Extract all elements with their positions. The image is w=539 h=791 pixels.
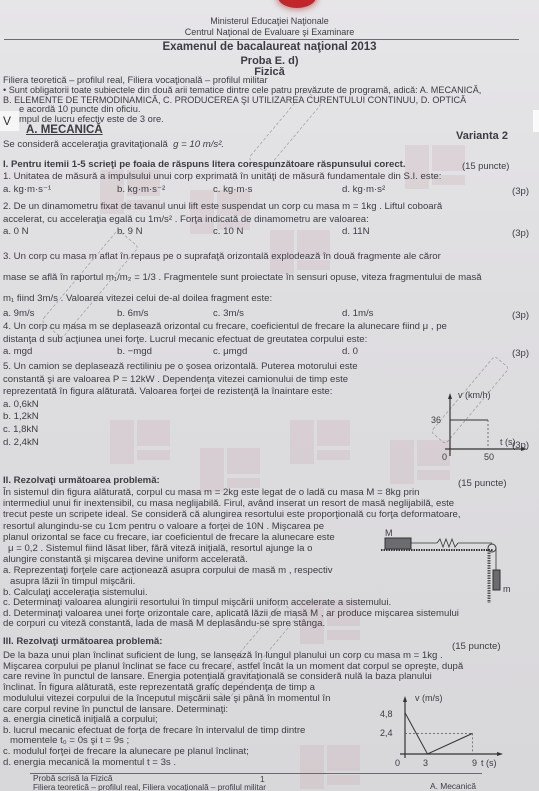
answer-option: b. −mgd [117, 346, 152, 357]
q5-x-label: t (s) [500, 437, 516, 447]
question-stem: 2. De un dinamometru fixat de tavanul un… [3, 201, 442, 212]
problem-task-line: b. lucrul mecanic efectuat de forţa de f… [3, 725, 305, 736]
problem-task-line: b. Calculaţi acceleraţia sistemului. [3, 587, 148, 598]
part2-points: (15 puncte) [458, 478, 507, 489]
question-stem: accelerat, cu acceleraţia egală cu 1m/s²… [3, 214, 369, 225]
right-edge-tab [533, 110, 539, 132]
answer-option: a. 0,6kN [3, 399, 39, 410]
gravity-note: Se consideră acceleraţia gravitaţională … [3, 139, 224, 150]
red-stamp-artifact [278, 0, 316, 8]
problem-text-line: În sistemul din figura alăturată, corpul… [3, 487, 419, 498]
footer-left-2: Filiera teoretică – profilul real, Filie… [33, 783, 266, 791]
problem-text-line: care revine în punctul de lansare. Energ… [3, 671, 432, 682]
exam-page: Ministerul Educaţiei Naţionale Centrul N… [0, 0, 539, 791]
answer-option: a. mgd [3, 346, 32, 357]
watermark-logo [300, 745, 360, 789]
label-m: m [503, 584, 511, 594]
item-score: (3p) [512, 348, 529, 359]
question-stem: 1. Unitatea de măsură a impulsului unui … [3, 171, 441, 182]
q3-x-label: t (s) [481, 758, 497, 768]
question-stem: 5. Un camion se deplasează rectiliniu pe… [3, 361, 358, 372]
velocity-graph-q5: v (km/h) 36 t (s) 0 50 [430, 390, 530, 465]
q3-origin: 0 [395, 758, 400, 768]
side-tab[interactable]: V [0, 111, 19, 131]
answer-option: b. 6m/s [117, 308, 148, 319]
q3-x-tick-2: 9 [472, 758, 477, 768]
answer-option: d. kg·m·s² [342, 184, 385, 195]
footer-page-number: 1 [260, 775, 265, 784]
part3-points: (15 puncte) [452, 641, 501, 652]
question-stem: constantă şi are valoarea P = 12kW . Dep… [3, 374, 348, 385]
answer-option: d. 1m/s [342, 308, 373, 319]
problem-text-line: alungire constantă şi mişcarea devine un… [3, 554, 248, 565]
problem-task-line: d. energia mecanică la momentul t = 3s . [3, 757, 176, 768]
problem-text-line: înclinat. În figura alăturată, este repr… [3, 682, 315, 693]
problem-task-line: de corpuri cu viteză constantă, lada de … [3, 618, 325, 629]
part1-heading: I. Pentru itemii 1-5 scrieţi pe foaia de… [3, 159, 406, 170]
answer-option: b. 1,2kN [3, 411, 39, 422]
q3-y-tick-2: 2,4 [380, 728, 393, 738]
watermark-logo [200, 448, 260, 492]
q3-x-tick-1: 3 [423, 758, 428, 768]
velocity-graph-q3: v (m/s) 4,8 2,4 0 3 9 t (s) [375, 692, 515, 772]
problem-task-line: c. modulul forţei de frecare la alunecar… [3, 746, 249, 757]
question-stem: reprezentată în figura alăturată. Valoar… [3, 386, 332, 397]
problem-task-line: c. Determinaţi valoarea alungirii resort… [3, 597, 391, 608]
item-score: (3p) [512, 310, 529, 321]
problem-text-line: Mişcarea corpului pe planul înclinat se … [3, 661, 463, 672]
problem-text-line: μ = 0,2 . Sistemul fiind lăsat liber, fă… [8, 543, 312, 554]
problem-task-line: a. Reprezentaţi forţele care acţionează … [3, 565, 333, 576]
question-stem: 4. Un corp cu masa m se deplasează orizo… [3, 321, 447, 332]
problem-text-line: care corpul revine în punctul de lansare… [3, 704, 228, 715]
header-divider [4, 39, 519, 40]
problem-task-line: asupra lăzii în timpul mişcării. [10, 576, 135, 587]
answer-option: c. μmgd [213, 346, 247, 357]
part2-heading: II. Rezolvaţi următoarea problemă: [3, 475, 160, 486]
question-stem: 3. Un corp cu masa m aflat în repaus pe … [3, 251, 441, 262]
problem-text-line: trecut peste un scripete ideal. Se consi… [3, 509, 461, 520]
footer-right: A. Mecanică [430, 782, 476, 791]
answer-option: c. 10 N [213, 226, 243, 237]
question-stem: m₁ fiind 3m/s . Valoarea vitezei celui d… [3, 293, 272, 304]
answer-option: d. 2,4kN [3, 437, 39, 448]
answer-option: d. 0 [342, 346, 358, 357]
pulley-system-figure: M m [375, 528, 515, 608]
answer-option: d. 11N [342, 226, 370, 237]
watermark-logo [110, 420, 170, 464]
part3-heading: III. Rezolvaţi următoarea problemă: [3, 636, 162, 647]
q5-origin: 0 [442, 452, 447, 462]
problem-task-line: momentele t₀ = 0s şi t = 9s ; [10, 735, 129, 746]
watermark-logo [290, 420, 350, 464]
label-M: M [385, 528, 393, 538]
answer-option: a. kg·m·s⁻¹ [3, 184, 51, 195]
answer-option: b. kg·m·s⁻² [117, 184, 165, 195]
footer-left-1: Probă scrisă la Fizică [33, 774, 113, 783]
problem-task-line: d. Determinaţi valoarea unei forţe orizo… [3, 608, 459, 619]
q5-x-tick: 50 [484, 452, 494, 462]
question-stem: distanţa d sub acţiunea unei forţe. Lucr… [3, 334, 367, 345]
variant-label: Varianta 2 [456, 130, 508, 143]
answer-option: b. 9 N [117, 226, 143, 237]
problem-text-line: De la baza unui plan înclinat suficient … [3, 650, 443, 661]
q5-y-tick: 36 [431, 415, 441, 425]
item-score: (3p) [512, 186, 529, 197]
problem-text-line: modulului vitezei corpului de la început… [3, 693, 330, 704]
section-title: A. MECANICĂ [26, 124, 103, 137]
q3-y-tick-1: 4,8 [380, 709, 393, 719]
answer-option: c. 1,8kN [3, 424, 38, 435]
answer-option: a. 9m/s [3, 308, 34, 319]
answer-option: c. 3m/s [213, 308, 244, 319]
q3-y-label: v (m/s) [415, 693, 443, 703]
center-name: Centrul Naţional de Evaluare şi Examinar… [0, 27, 539, 38]
answer-option: c. kg·m·s [213, 184, 252, 195]
exam-title: Examenul de bacalaureat naţional 2013 [0, 41, 539, 54]
watermark-logo [405, 145, 465, 189]
answer-option: a. 0 N [3, 226, 29, 237]
item-score: (3p) [512, 228, 529, 239]
problem-text-line: intermediul unui fir inextensibil, cu ma… [3, 498, 454, 509]
problem-text-line: planul orizontal se face cu frecare, iar… [3, 532, 335, 543]
ministry-name: Ministerul Educaţiei Naţionale [0, 16, 539, 27]
question-stem: mase se află în raportul m₁/m₂ = 1/3 . F… [3, 272, 482, 283]
part1-points: (15 puncte) [462, 160, 509, 171]
problem-text-line: resortul alungindu-se cu 1cm pentru o va… [3, 521, 324, 532]
q5-y-label: v (km/h) [458, 390, 491, 400]
problem-task-line: a. energia cinetică iniţială a corpului; [3, 714, 158, 725]
